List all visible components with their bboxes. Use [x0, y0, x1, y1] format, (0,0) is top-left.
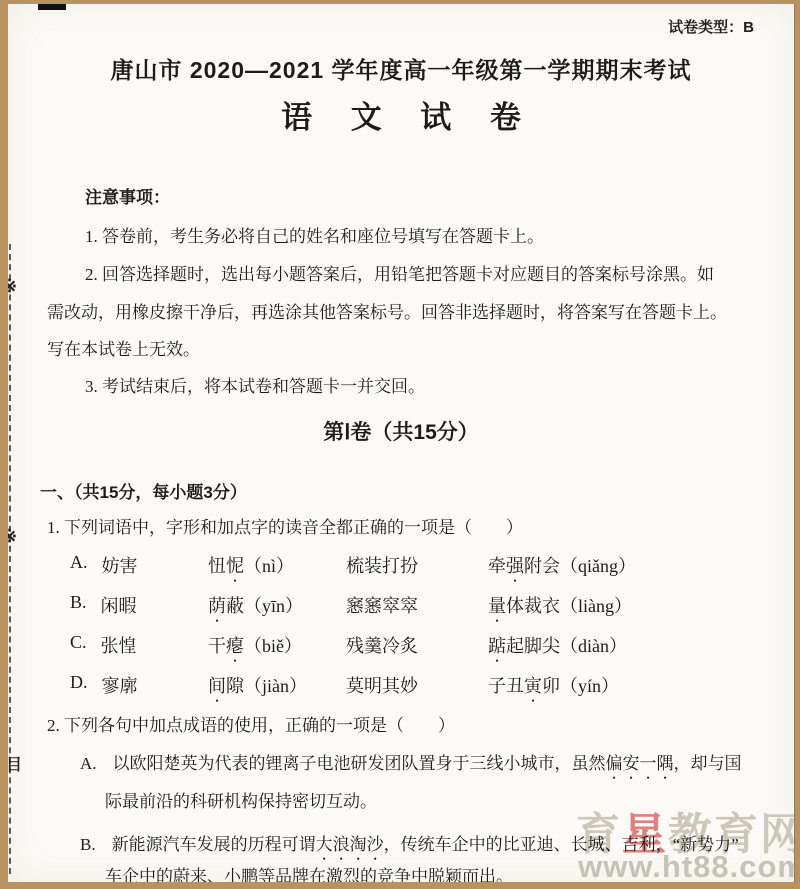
option-word: 牵	[488, 556, 506, 576]
option-word: 附会（qiǎng）	[524, 556, 636, 576]
option-word: 忸	[208, 556, 226, 576]
q1-option-a-word2: 忸怩（nì）	[208, 552, 346, 586]
option-word: 妨害	[102, 552, 138, 586]
exam-title: 唐山市 2020—2021 学年度高一年级第一学期期末考试	[8, 52, 794, 85]
notice-item-1: 1. 答卷前，考生务必将自己的姓名和座位号填写在答题卡上。	[85, 222, 544, 247]
option-word: 闲暇	[101, 592, 137, 626]
dotted-char: 寅	[524, 676, 542, 696]
q1-option-d-row: D.寥廓 间隙（jiàn） 莫明其妙 子丑寅卯（yín）	[70, 672, 619, 706]
option-word: 蔽（yīn）	[226, 596, 303, 616]
dotted-idiom: 大浪淘沙	[316, 835, 384, 854]
q2-option-b-line2: 车企中的蔚来、小鹏等品牌在激烈的竞争中脱颖而出。	[105, 862, 513, 882]
option-word: 寥廓	[102, 672, 138, 706]
dotted-char: 强	[506, 556, 524, 576]
part1-heading: 第Ⅰ卷（共15分）	[8, 416, 794, 446]
dotted-char: 怩	[226, 556, 244, 576]
notice-heading: 注意事项：	[85, 183, 170, 208]
option-word: 卯（yín）	[542, 676, 619, 696]
binding-perforation-line	[9, 244, 11, 874]
question1-stem: 1. 下列词语中，字形和加点字的读音全都正确的一项是（ ）	[47, 513, 523, 538]
option-label: C.	[70, 632, 87, 666]
option-word: 体裁衣（liàng）	[506, 596, 632, 616]
q1-option-a-word1: A.妨害	[70, 552, 208, 586]
q1-option-c-word1: C.张惶	[70, 632, 208, 666]
option-text: ，传统车企中的比亚迪、长城、吉利，“新势力”	[384, 835, 739, 854]
option-word: 起脚尖（diàn）	[506, 636, 627, 656]
q1-option-a-word3: 梳装打扮	[346, 552, 488, 586]
notice-item-2-line2: 需改动，用橡皮擦干净后，再选涂其他答案标号。回答非选择题时，将答案写在答题卡上。	[47, 298, 727, 323]
option-text: 新能源汽车发展的历程可谓	[112, 835, 316, 854]
q1-option-d-word2: 间隙（jiàn）	[208, 672, 346, 706]
exam-paper-page: ※ ※ 目 育星教育网 www.ht88.com 试卷类型：B 唐山市 2020…	[8, 4, 795, 882]
q1-option-d-word4: 子丑寅卯（yín）	[488, 672, 619, 706]
option-word: （biě）	[244, 636, 302, 656]
option-label: A.	[70, 552, 88, 586]
option-word: 干	[208, 636, 226, 656]
q1-option-c-word3: 残羹冷炙	[346, 632, 488, 666]
dotted-idiom: 偏安一隅	[606, 754, 674, 773]
q1-option-b-word4: 量体裁衣（liàng）	[488, 592, 632, 626]
q1-option-a-row: A.妨害 忸怩（nì） 梳装打扮 牵强附会（qiǎng）	[70, 552, 636, 586]
dotted-char: 间	[208, 676, 226, 696]
q1-option-d-word1: D.寥廓	[70, 672, 208, 706]
dotted-char: 荫	[208, 596, 226, 616]
option-label: B.	[80, 835, 96, 854]
notice-item-2-line3: 写在本试卷上无效。	[47, 335, 200, 360]
notice-item-2-line1: 2. 回答选择题时，选出每小题答案后，用铅笔把答题卡对应题目的答案标号涂黑。如	[85, 260, 714, 285]
option-word: 子丑	[488, 676, 524, 696]
q1-option-b-row: B.闲暇 荫蔽（yīn） 窸窸窣窣 量体裁衣（liàng）	[70, 592, 632, 626]
option-text: 以欧阳楚英为代表的锂离子电池研发团队置身于三线小城市，虽然	[113, 754, 606, 773]
q1-option-b-word3: 窸窸窣窣	[346, 592, 488, 626]
option-label: B.	[70, 592, 87, 626]
scan-top-notch-artifact	[38, 4, 66, 10]
margin-scan-artifact: 目	[8, 752, 22, 775]
q1-option-a-word4: 牵强附会（qiǎng）	[488, 552, 636, 586]
margin-scan-artifact: ※	[8, 526, 17, 547]
q1-option-b-word1: B.闲暇	[70, 592, 208, 626]
q2-option-a-line2: 际最前沿的科研机构保持密切互动。	[105, 787, 377, 812]
q1-option-b-word2: 荫蔽（yīn）	[208, 592, 346, 626]
dotted-char: 量	[488, 596, 506, 616]
q1-option-c-row: C.张惶 干瘪（biě） 残羹冷炙 踮起脚尖（diàn）	[70, 632, 627, 666]
subject-title: 语 文 试 卷	[8, 92, 794, 137]
option-label: D.	[70, 672, 88, 706]
dotted-char: 踮	[488, 636, 506, 656]
margin-scan-artifact: ※	[8, 276, 17, 297]
option-label: A.	[80, 754, 97, 773]
q2-option-a-line1: A.以欧阳楚英为代表的锂离子电池研发团队置身于三线小城市，虽然偏安一隅，却与国	[80, 749, 742, 783]
paper-type-label: 试卷类型：B	[668, 16, 754, 37]
q1-option-c-word4: 踮起脚尖（diàn）	[488, 632, 627, 666]
section1-heading: 一、（共15分，每小题3分）	[40, 478, 247, 503]
option-word: （nì）	[244, 556, 294, 576]
dotted-char: 瘪	[226, 636, 244, 656]
notice-item-3: 3. 考试结束后，将本试卷和答题卡一并交回。	[85, 372, 425, 397]
q1-option-c-word2: 干瘪（biě）	[208, 632, 346, 666]
q2-option-b-line1: B.新能源汽车发展的历程可谓大浪淘沙，传统车企中的比亚迪、长城、吉利，“新势力”	[80, 830, 739, 864]
option-word: 张惶	[101, 632, 137, 666]
question2-stem: 2. 下列各句中加点成语的使用，正确的一项是（ ）	[47, 711, 455, 736]
option-text: ，却与国	[674, 754, 742, 773]
q1-option-d-word3: 莫明其妙	[346, 672, 488, 706]
option-word: 隙（jiàn）	[226, 676, 307, 696]
